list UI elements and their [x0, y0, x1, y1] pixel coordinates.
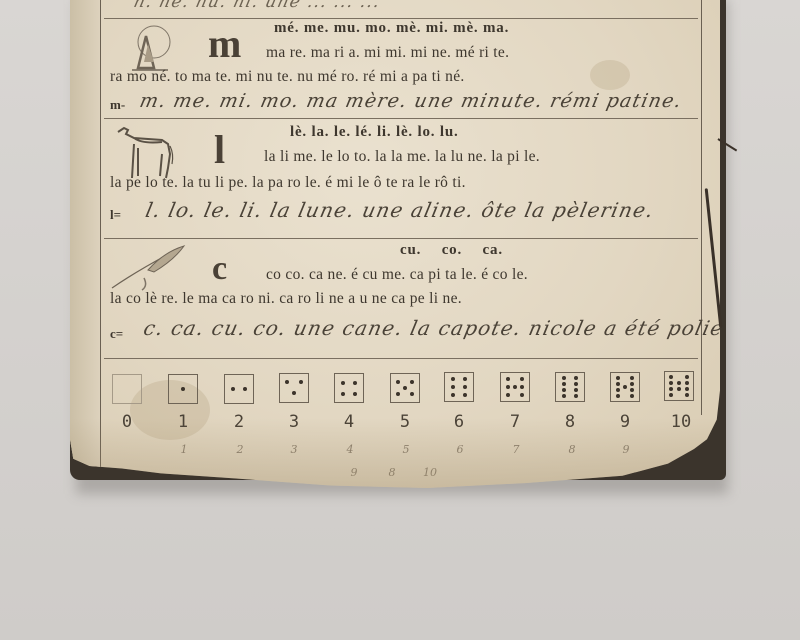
- numeral-7: 7: [498, 412, 532, 432]
- die-5: [390, 373, 420, 403]
- handwritten-number: 1: [174, 443, 194, 456]
- numeral-8: 8: [553, 412, 587, 432]
- word-line-1: ma re. ma ri a. mi mi. mi ne. mé ri te.: [266, 44, 509, 62]
- handwritten-number: 10: [420, 466, 440, 479]
- numeral-10: 10: [664, 412, 698, 432]
- word-line-2: la pe lo te. la tu li pe. la pa ro le. é…: [110, 174, 466, 192]
- handwritten-number: 3: [284, 443, 304, 456]
- numeral-5: 5: [388, 412, 422, 432]
- cursive-line: l. lo. le. li. la lune. une aline. ôte l…: [143, 198, 656, 222]
- syllables-line: cu. co. ca.: [400, 242, 503, 259]
- left-margin-strip: [70, 0, 101, 488]
- numeral-4: 4: [332, 412, 366, 432]
- numeral-2: 2: [222, 412, 256, 432]
- primer-page: n. ne. nu. ni. une ... ... ... m mé. me.…: [70, 0, 720, 488]
- feather-quill-icon: [108, 242, 192, 294]
- die-2: [224, 374, 254, 404]
- right-margin-strip: [701, 0, 720, 415]
- die-7: [500, 372, 530, 402]
- section-letter: m: [208, 24, 241, 64]
- die-3: [279, 373, 309, 403]
- die-0: [112, 374, 142, 404]
- syllables-line: mé. me. mu. mo. mè. mi. mè. ma.: [274, 20, 509, 37]
- top-partial-row: n. ne. nu. ni. une ... ... ...: [104, 0, 698, 19]
- letter-prefix: l=: [110, 207, 121, 223]
- cursive-line: m. me. mi. mo. ma mère. une minute. rémi…: [138, 90, 685, 112]
- triangle-circle-icon: [128, 22, 180, 74]
- section-letter: l: [214, 130, 225, 170]
- die-6: [444, 372, 474, 402]
- top-partial-script: n. ne. nu. ni. une ... ... ...: [132, 0, 383, 12]
- handwritten-number: 2: [230, 443, 250, 456]
- numeral-0: 0: [110, 412, 144, 432]
- numeral-9: 9: [608, 412, 642, 432]
- section-m: m mé. me. mu. mo. mè. mi. mè. ma. ma re.…: [104, 18, 698, 119]
- numeral-3: 3: [277, 412, 311, 432]
- numeral-1: 1: [166, 412, 200, 432]
- die-1: [168, 374, 198, 404]
- die-9: [610, 372, 640, 402]
- handwritten-number: 4: [340, 443, 360, 456]
- handwritten-number: 6: [450, 443, 470, 456]
- syllables-line: lè. la. le. lé. li. lè. lo. lu.: [290, 124, 459, 141]
- letter-prefix: m-: [110, 97, 125, 113]
- letter-prefix: c=: [110, 326, 123, 342]
- numeral-6: 6: [442, 412, 476, 432]
- handwritten-number: 9: [616, 443, 636, 456]
- word-line-1: co co. ca ne. é cu me. ca pi ta le. é co…: [266, 266, 528, 284]
- lesson-frame: n. ne. nu. ni. une ... ... ... m mé. me.…: [104, 0, 698, 420]
- greyhound-dog-icon: [112, 124, 176, 180]
- section-l: l lè. la. le. lé. li. lè. lo. lu. la li …: [104, 120, 698, 239]
- handwritten-number: 8: [562, 443, 582, 456]
- handwritten-number: 7: [506, 443, 526, 456]
- word-line-2: la co lè re. le ma ca ro ni. ca ro li ne…: [110, 290, 462, 308]
- dice-counting-row: [104, 370, 698, 410]
- die-4: [334, 373, 364, 403]
- die-8: [555, 372, 585, 402]
- handwritten-number: 8: [382, 466, 402, 479]
- word-line-1: la li me. le lo to. la la me. la lu ne. …: [264, 148, 540, 166]
- section-letter: c: [212, 252, 227, 286]
- die-10: [664, 371, 694, 401]
- handwritten-number: 5: [396, 443, 416, 456]
- handwritten-number: 9: [344, 466, 364, 479]
- cursive-line: c. ca. cu. co. une cane. la capote. nico…: [141, 316, 733, 340]
- word-line-2: ra mo né. to ma te. mi nu te. nu mé ro. …: [110, 68, 465, 86]
- section-c: c cu. co. ca. co co. ca ne. é cu me. ca …: [104, 240, 698, 359]
